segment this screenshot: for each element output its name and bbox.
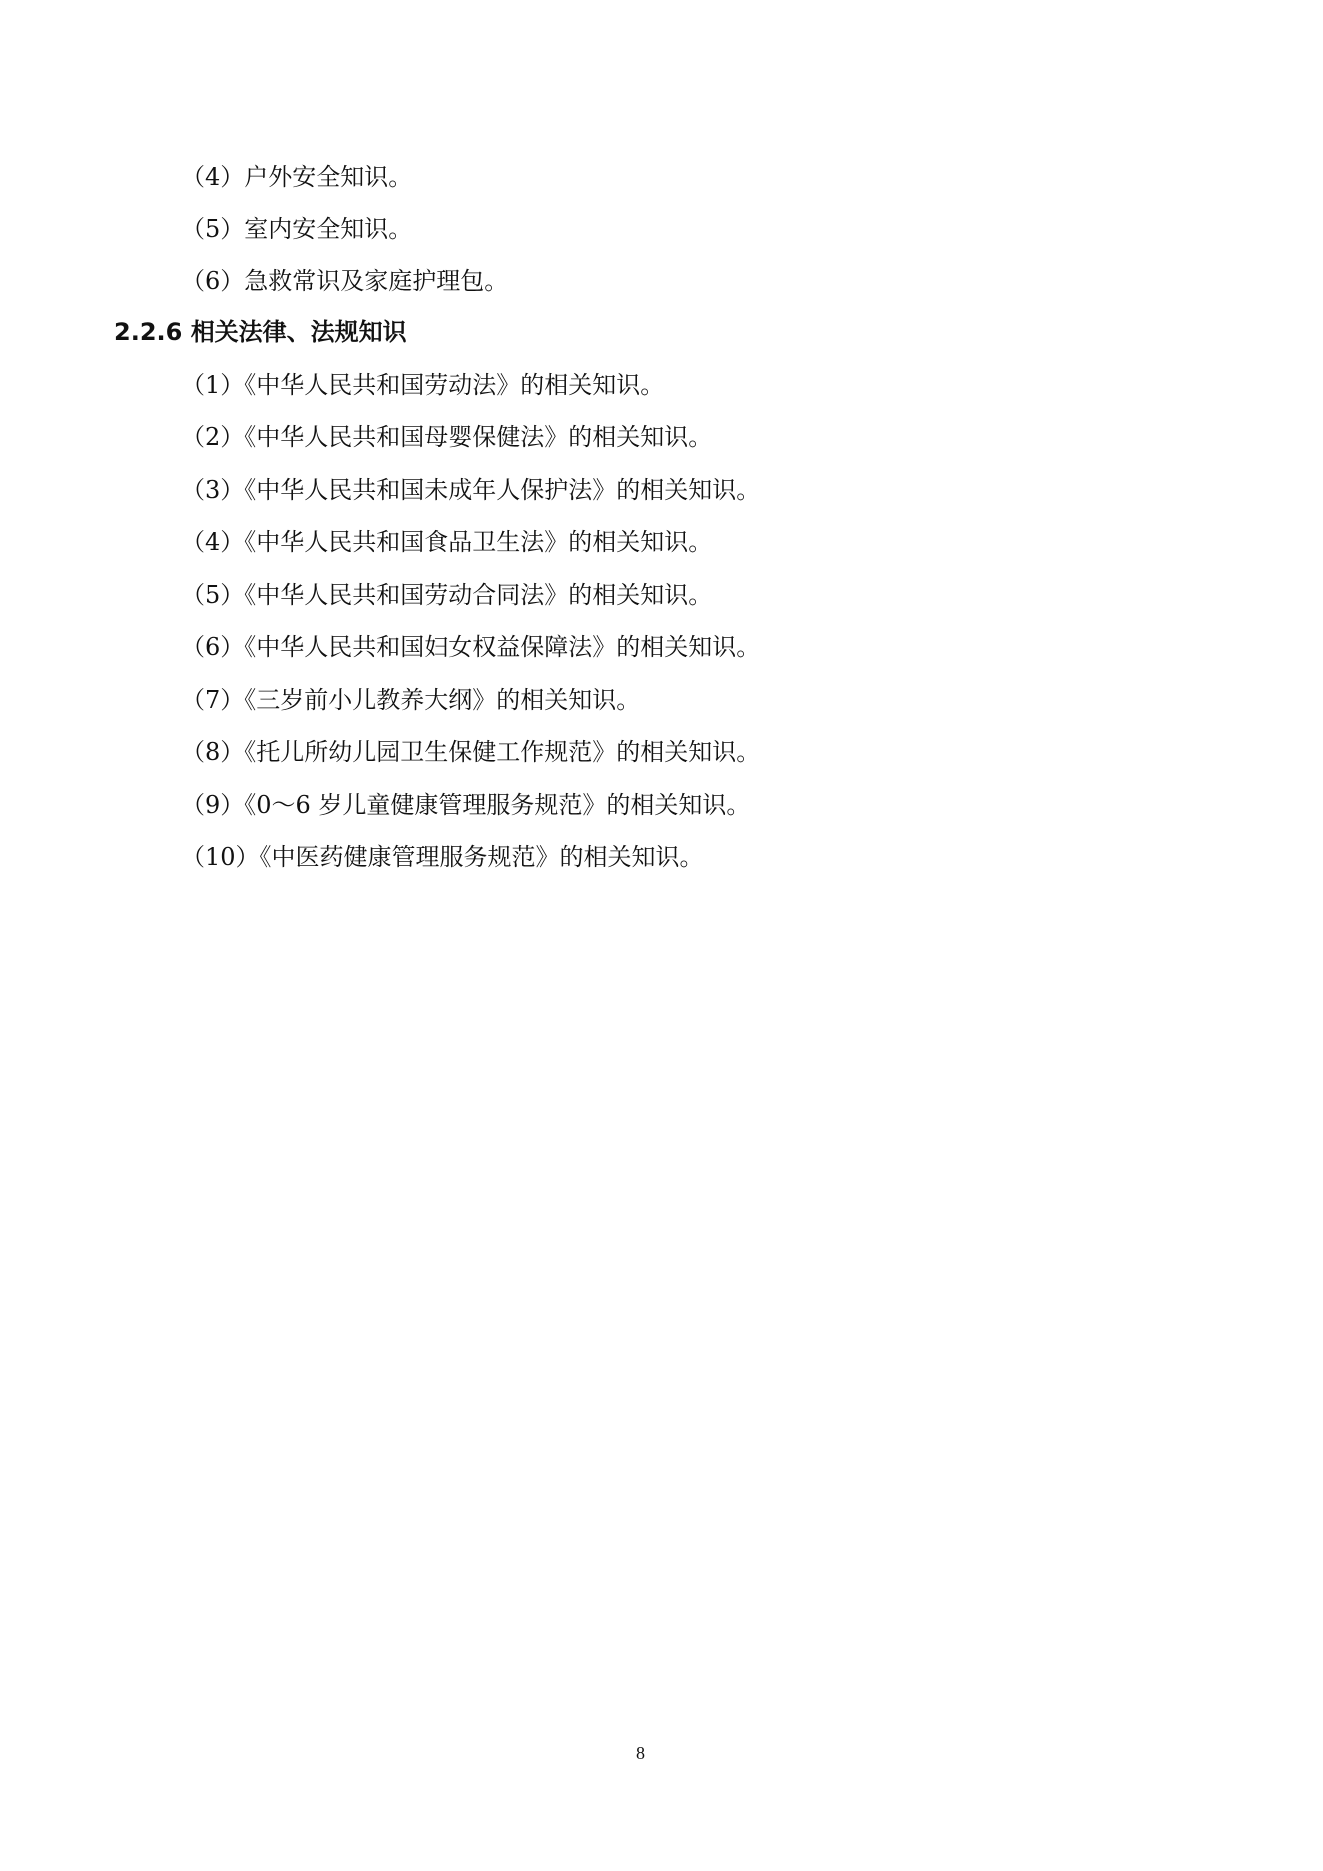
- list-item: （3）《中华人民共和国未成年人保护法》的相关知识。: [181, 475, 760, 505]
- list-item: （2）《中华人民共和国母婴保健法》的相关知识。: [181, 422, 712, 452]
- list-item: （8）《托儿所幼儿园卫生保健工作规范》的相关知识。: [181, 737, 760, 767]
- list-item: （1）《中华人民共和国劳动法》的相关知识。: [181, 370, 664, 400]
- list-item: （7）《三岁前小儿教养大纲》的相关知识。: [181, 685, 640, 715]
- list-item: （9）《0～6 岁儿童健康管理服务规范》的相关知识。: [181, 790, 750, 820]
- list-item: （5）室内安全知识。: [181, 214, 412, 244]
- list-item: （6）急救常识及家庭护理包。: [181, 266, 508, 296]
- list-item: （5）《中华人民共和国劳动合同法》的相关知识。: [181, 580, 712, 610]
- list-item: （6）《中华人民共和国妇女权益保障法》的相关知识。: [181, 632, 760, 662]
- section-heading: 2.2.6 相关法律、法规知识: [114, 317, 407, 347]
- list-item: （4）《中华人民共和国食品卫生法》的相关知识。: [181, 527, 712, 557]
- list-item: （10）《中医药健康管理服务规范》的相关知识。: [181, 842, 704, 872]
- page-number: 8: [636, 1743, 645, 1764]
- list-item: （4）户外安全知识。: [181, 162, 412, 192]
